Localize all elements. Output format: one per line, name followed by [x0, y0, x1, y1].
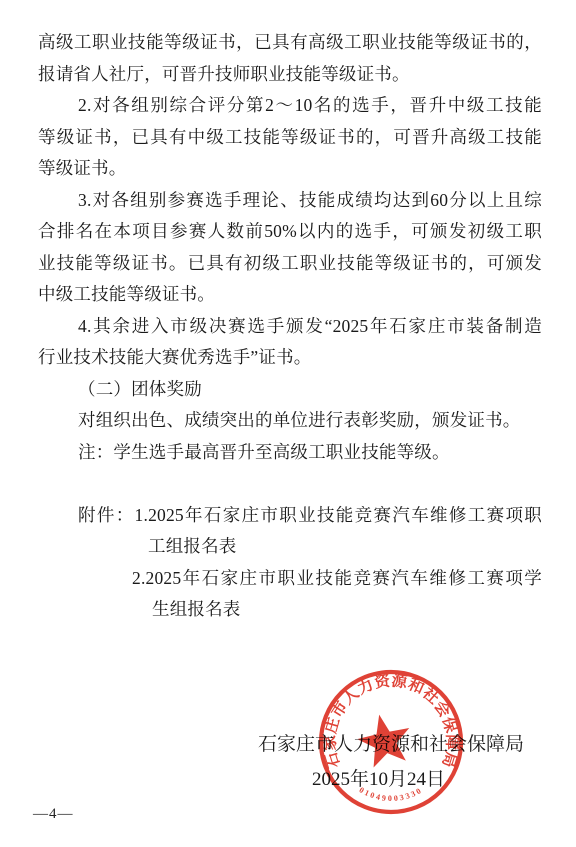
document-page: 高级工职业技能等级证书，已具有高级工职业技能等级证书的， 报请省人社厅，可晋升技… — [0, 0, 576, 847]
document-body: 高级工职业技能等级证书，已具有高级工职业技能等级证书的， 报请省人社厅，可晋升技… — [38, 27, 542, 626]
body-line: 行业技术技能大赛优秀选手”证书。 — [38, 342, 542, 374]
body-line: 等级证书。 — [38, 153, 542, 185]
body-line: 合排名在本项目参赛人数前50%以内的选手，可颁发初级工职 — [38, 216, 542, 248]
body-line: 业技能等级证书。已具有初级工职业技能等级证书的，可颁发 — [38, 248, 542, 280]
body-line: 报请省人社厅，可晋升技师职业技能等级证书。 — [38, 59, 542, 91]
page-number: —4— — [33, 806, 74, 823]
attachment-line: 附件：1.2025年石家庄市职业技能竞赛汽车维修工赛项职 — [38, 500, 542, 532]
stamp-ring-text: 石家庄市人力资源和社会保障局 — [320, 671, 462, 770]
body-line: 中级工技能等级证书。 — [38, 279, 542, 311]
body-line: 3.对各组别参赛选手理论、技能成绩均达到60分以上且综 — [38, 185, 542, 217]
official-seal-stamp: 石家庄市人力资源和社会保障局 01049003330 — [306, 657, 476, 827]
attachment-line: 生组报名表 — [38, 594, 542, 626]
stamp-star-icon — [353, 709, 416, 770]
body-line: 2.对各组别综合评分第2～10名的选手，晋升中级工技能 — [38, 90, 542, 122]
body-section-heading: （二）团体奖励 — [38, 374, 542, 406]
body-line: 4.其余进入市级决赛选手颁发“2025年石家庄市装备制造 — [38, 311, 542, 343]
attachment-line: 工组报名表 — [38, 531, 542, 563]
blank-line — [38, 468, 542, 500]
attachment-line: 2.2025年石家庄市职业技能竞赛汽车维修工赛项学 — [38, 563, 542, 595]
body-line: 高级工职业技能等级证书，已具有高级工职业技能等级证书的， — [38, 27, 542, 59]
body-note-line: 注：学生选手最高晋升至高级工职业技能等级。 — [38, 437, 542, 469]
body-line: 等级证书，已具有中级工技能等级证书的，可晋升高级工技能 — [38, 122, 542, 154]
body-line: 对组织出色、成绩突出的单位进行表彰奖励，颁发证书。 — [38, 405, 542, 437]
stamp-serial-number: 01049003330 — [358, 785, 425, 803]
